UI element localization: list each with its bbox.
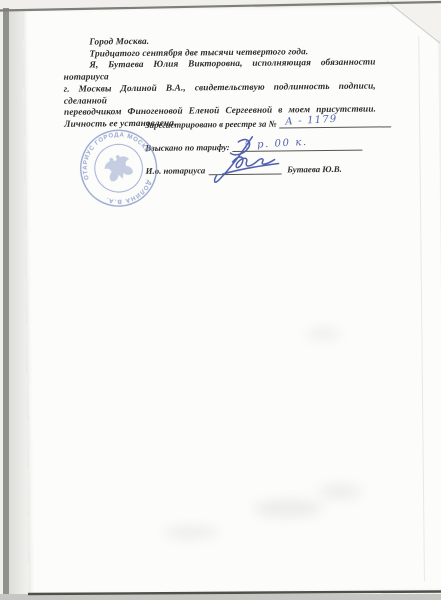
scan-corner-mark xyxy=(430,0,441,4)
document-page: Город Москва. Тридцатого сентября две ты… xyxy=(23,6,441,594)
attestation-line-2: г. Москвы Долиной В.А., свидетельствую п… xyxy=(64,81,376,108)
scanned-notarial-document: Город Москва. Тридцатого сентября две ты… xyxy=(0,0,441,600)
notary-signature xyxy=(204,133,305,194)
show-through-smudge xyxy=(163,526,218,539)
show-through-smudge xyxy=(253,499,323,518)
registry-number-line: А - 1179 xyxy=(279,111,391,128)
seal-ring-text-bottom: ДОЛИНА В.А. xyxy=(102,177,156,212)
show-through-smudge xyxy=(318,485,362,499)
double-headed-eagle-icon xyxy=(102,152,136,184)
show-through-smudge xyxy=(306,329,340,339)
attestation-line-1: Я, Бутаева Юлия Викторовна, исполняющая … xyxy=(63,58,375,85)
registry-number-handwritten: А - 1179 xyxy=(285,114,338,128)
registry-number-label: Зарегистрировано в реестре за № xyxy=(145,119,280,130)
scan-edge-bottom xyxy=(0,594,441,600)
registry-number-row: Зарегистрировано в реестре за № А - 1179 xyxy=(145,110,425,130)
